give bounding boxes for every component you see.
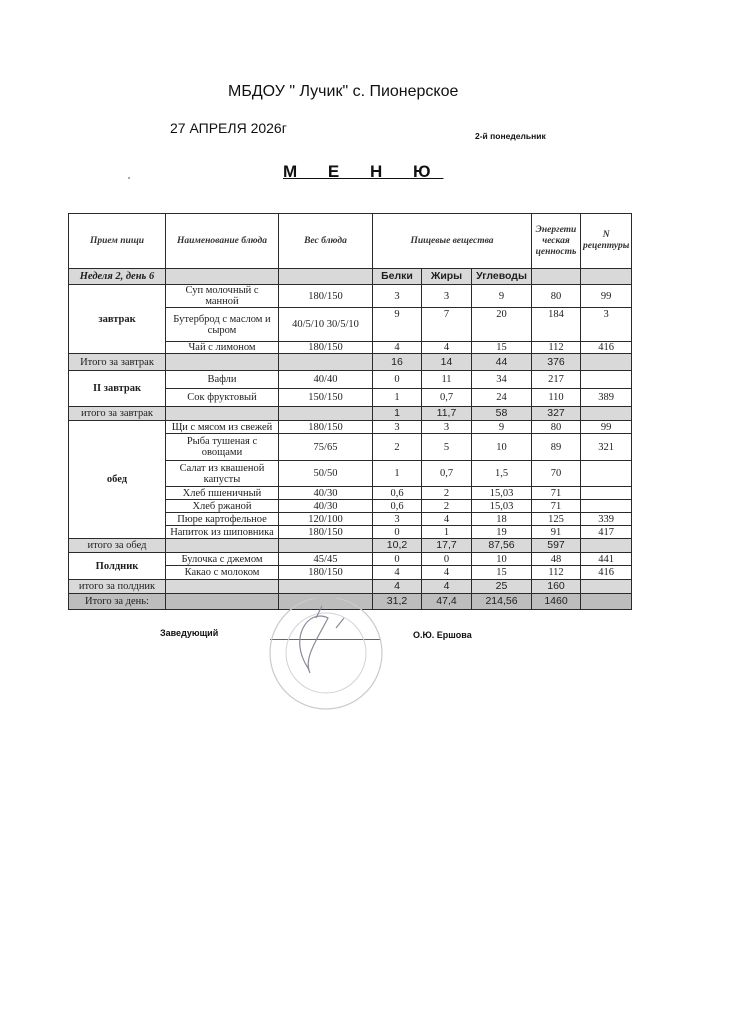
dish-weight: 40/30 (279, 500, 373, 513)
subtotal-row: Итого за завтрак161444376 (69, 354, 632, 371)
recipe-number: 417 (581, 526, 632, 539)
stamp-icon (248, 598, 398, 716)
subtotal-energy: 327 (532, 407, 581, 421)
nutrient-header-carbs: Углеводы (472, 269, 532, 285)
fat-value: 3 (422, 285, 472, 308)
subtotal-blank (279, 580, 373, 594)
subtotal-recipe (581, 407, 632, 421)
recipe-number (581, 500, 632, 513)
dish-weight: 150/150 (279, 389, 373, 407)
recipe-number: 3 (581, 308, 632, 342)
meal-label: II завтрак (69, 371, 166, 407)
fat-value: 5 (422, 434, 472, 461)
subtotal-label: итого за полдник (69, 580, 166, 594)
dish-name: Чай с лимоном (166, 342, 279, 354)
protein-value: 3 (373, 513, 422, 526)
subtotal-energy: 597 (532, 539, 581, 553)
menu-title: М Е Н Ю (283, 162, 443, 182)
fat-value: 0 (422, 553, 472, 566)
dish-name: Рыба тушеная с овощами (166, 434, 279, 461)
carbs-value: 24 (472, 389, 532, 407)
col-header-recipe: N рецептуры (581, 214, 632, 269)
dish-weight: 180/150 (279, 526, 373, 539)
energy-value: 71 (532, 500, 581, 513)
col-header-weight: Вес блюда (279, 214, 373, 269)
col-header-nutrients: Пищевые вещества (373, 214, 532, 269)
recipe-number: 416 (581, 566, 632, 580)
subtotal-fat: 11,7 (422, 407, 472, 421)
carbs-value: 15 (472, 342, 532, 354)
energy-value: 89 (532, 434, 581, 461)
subtotal-row: итого за обед10,217,787,56597 (69, 539, 632, 553)
dish-name: Хлеб пшеничный (166, 487, 279, 500)
carbs-value: 9 (472, 285, 532, 308)
protein-value: 9 (373, 308, 422, 342)
energy-value: 110 (532, 389, 581, 407)
col-header-dish: Наименование блюда (166, 214, 279, 269)
dish-weight: 50/50 (279, 461, 373, 487)
carbs-value: 10 (472, 553, 532, 566)
subtotal-recipe (581, 354, 632, 371)
fat-value: 0,7 (422, 389, 472, 407)
day-total-carbs: 214,56 (472, 594, 532, 610)
recipe-number: 99 (581, 421, 632, 434)
protein-value: 0,6 (373, 487, 422, 500)
fat-value: 7 (422, 308, 472, 342)
subtotal-blank (279, 354, 373, 371)
day-total-recipe (581, 594, 632, 610)
protein-value: 1 (373, 389, 422, 407)
subtotal-blank (166, 407, 279, 421)
dish-name: Хлеб ржаной (166, 500, 279, 513)
protein-value: 4 (373, 342, 422, 354)
col-header-energy: Энергети ческая ценность (532, 214, 581, 269)
dish-weight: 180/150 (279, 285, 373, 308)
dish-name: Бутерброд с маслом и сыром (166, 308, 279, 342)
fat-value: 4 (422, 566, 472, 580)
subtotal-carbs: 25 (472, 580, 532, 594)
recipe-number: 321 (581, 434, 632, 461)
subtotal-fat: 4 (422, 580, 472, 594)
recipe-number (581, 461, 632, 487)
table-row: завтракСуп молочный с манной180/15033980… (69, 285, 632, 308)
table-row: II завтракВафли40/4001134217 (69, 371, 632, 389)
fat-value: 4 (422, 342, 472, 354)
organization-name: МБДОУ " Лучик" с. Пионерское (228, 83, 458, 101)
nutrient-header-fat: Жиры (422, 269, 472, 285)
subtotal-fat: 14 (422, 354, 472, 371)
fat-value: 2 (422, 487, 472, 500)
subtotal-fat: 17,7 (422, 539, 472, 553)
protein-value: 3 (373, 285, 422, 308)
dish-weight: 40/40 (279, 371, 373, 389)
menu-date: 27 АПРЕЛЯ 2026г (170, 120, 287, 136)
table-header-row: Прием пищи Наименование блюда Вес блюда … (69, 214, 632, 269)
dish-name: Салат из квашеной капусты (166, 461, 279, 487)
col-header-meal: Прием пищи (69, 214, 166, 269)
subtotal-blank (279, 539, 373, 553)
carbs-value: 9 (472, 421, 532, 434)
dish-name: Сок фруктовый (166, 389, 279, 407)
protein-value: 2 (373, 434, 422, 461)
carbs-value: 20 (472, 308, 532, 342)
protein-value: 1 (373, 461, 422, 487)
energy-value: 184 (532, 308, 581, 342)
dish-weight: 180/150 (279, 342, 373, 354)
week-row: Неделя 2, день 6 Белки Жиры Углеводы (69, 269, 632, 285)
dish-weight: 40/30 (279, 487, 373, 500)
dish-weight: 180/150 (279, 566, 373, 580)
subtotal-recipe (581, 580, 632, 594)
fat-value: 1 (422, 526, 472, 539)
carbs-value: 15 (472, 566, 532, 580)
carbs-value: 19 (472, 526, 532, 539)
dish-name: Щи с мясом из свежей (166, 421, 279, 434)
scan-speck (128, 177, 130, 179)
energy-value: 217 (532, 371, 581, 389)
fat-value: 2 (422, 500, 472, 513)
subtotal-carbs: 58 (472, 407, 532, 421)
recipe-number: 416 (581, 342, 632, 354)
protein-value: 0 (373, 371, 422, 389)
energy-value: 112 (532, 566, 581, 580)
carbs-value: 34 (472, 371, 532, 389)
nutrient-header-protein: Белки (373, 269, 422, 285)
meal-label: завтрак (69, 285, 166, 354)
fat-value: 11 (422, 371, 472, 389)
subtotal-energy: 376 (532, 354, 581, 371)
recipe-number: 441 (581, 553, 632, 566)
carbs-value: 10 (472, 434, 532, 461)
dish-name: Вафли (166, 371, 279, 389)
subtotal-row: итого за завтрак111,758327 (69, 407, 632, 421)
week-label: Неделя 2, день 6 (69, 269, 166, 285)
week-blank (581, 269, 632, 285)
energy-value: 125 (532, 513, 581, 526)
recipe-number: 99 (581, 285, 632, 308)
signature-name: О.Ю. Ершова (413, 630, 472, 640)
dish-weight: 180/150 (279, 421, 373, 434)
day-total-energy: 1460 (532, 594, 581, 610)
fat-value: 3 (422, 421, 472, 434)
week-blank (532, 269, 581, 285)
signature-position: Заведующий (160, 628, 218, 638)
carbs-value: 18 (472, 513, 532, 526)
subtotal-blank (279, 407, 373, 421)
week-blank (279, 269, 373, 285)
subtotal-blank (166, 539, 279, 553)
recipe-number (581, 371, 632, 389)
fat-value: 0,7 (422, 461, 472, 487)
subtotal-label: итого за обед (69, 539, 166, 553)
subtotal-energy: 160 (532, 580, 581, 594)
dish-weight: 75/65 (279, 434, 373, 461)
protein-value: 0 (373, 526, 422, 539)
subtotal-blank (166, 354, 279, 371)
dish-weight: 45/45 (279, 553, 373, 566)
subtotal-row: итого за полдник4425160 (69, 580, 632, 594)
weekday-label: 2-й понедельник (475, 131, 546, 141)
dish-name: Какао с молоком (166, 566, 279, 580)
energy-value: 80 (532, 285, 581, 308)
carbs-value: 1,5 (472, 461, 532, 487)
energy-value: 80 (532, 421, 581, 434)
recipe-number: 339 (581, 513, 632, 526)
subtotal-label: Итого за завтрак (69, 354, 166, 371)
dish-name: Суп молочный с манной (166, 285, 279, 308)
protein-value: 4 (373, 566, 422, 580)
week-blank (166, 269, 279, 285)
day-total-fat: 47,4 (422, 594, 472, 610)
subtotal-protein: 1 (373, 407, 422, 421)
energy-value: 70 (532, 461, 581, 487)
carbs-value: 15,03 (472, 500, 532, 513)
subtotal-carbs: 87,56 (472, 539, 532, 553)
subtotal-label: итого за завтрак (69, 407, 166, 421)
energy-value: 48 (532, 553, 581, 566)
subtotal-carbs: 44 (472, 354, 532, 371)
dish-name: Пюре картофельное (166, 513, 279, 526)
dish-weight: 120/100 (279, 513, 373, 526)
subtotal-protein: 4 (373, 580, 422, 594)
protein-value: 3 (373, 421, 422, 434)
subtotal-protein: 10,2 (373, 539, 422, 553)
table-row: обедЩи с мясом из свежей180/1503398099 (69, 421, 632, 434)
protein-value: 0,6 (373, 500, 422, 513)
meal-label: Полдник (69, 553, 166, 580)
subtotal-recipe (581, 539, 632, 553)
energy-value: 112 (532, 342, 581, 354)
subtotal-protein: 16 (373, 354, 422, 371)
subtotal-blank (166, 580, 279, 594)
energy-value: 71 (532, 487, 581, 500)
carbs-value: 15,03 (472, 487, 532, 500)
dish-weight: 40/5/10 30/5/10 (279, 308, 373, 342)
dish-name: Булочка с джемом (166, 553, 279, 566)
dish-name: Напиток из шиповника (166, 526, 279, 539)
table-row: ПолдникБулочка с джемом45/45001048441 (69, 553, 632, 566)
meal-label: обед (69, 421, 166, 539)
recipe-number: 389 (581, 389, 632, 407)
recipe-number (581, 487, 632, 500)
energy-value: 91 (532, 526, 581, 539)
menu-table: Прием пищи Наименование блюда Вес блюда … (68, 213, 632, 610)
protein-value: 0 (373, 553, 422, 566)
day-total-label: Итого за день: (69, 594, 166, 610)
fat-value: 4 (422, 513, 472, 526)
